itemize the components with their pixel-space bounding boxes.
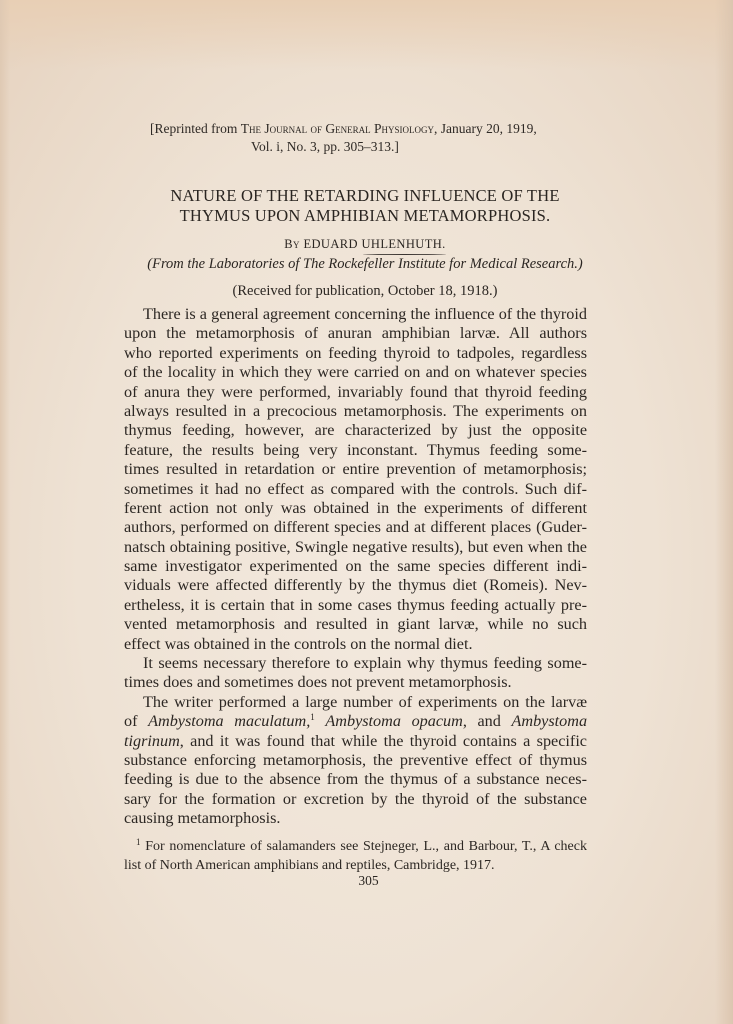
scanned-page: [Reprinted from The Journal of General P… (0, 0, 733, 1024)
reprint-line-2: Vol. i, No. 3, pp. 305–313.] (150, 138, 590, 156)
page-number: 305 (0, 873, 733, 889)
reprint-line-1: [Reprinted from The Journal of General P… (150, 120, 590, 138)
footnote: 1 For nomenclature of salamanders see St… (124, 837, 587, 875)
body-line: times resulted in retardation or entire … (124, 460, 587, 479)
author-first-name: EDUARD (303, 237, 357, 251)
body-line: The writer performed a large number of e… (124, 693, 587, 712)
body-line: upon the metamorphosis of anuran amphibi… (124, 324, 587, 343)
handwritten-underline (363, 253, 445, 255)
received-date: (Received for publication, October 18, 1… (120, 283, 610, 300)
body-line: sary for the formation or excretion by t… (124, 790, 587, 809)
body-line: viduals were affected differently by the… (124, 576, 587, 595)
body-line: natsch obtaining positive, Swingle negat… (124, 538, 587, 557)
body-line: feeding is due to the absence from the t… (124, 770, 587, 789)
body-line: who reported experiments on feeding thyr… (124, 344, 587, 363)
body-line: ertheless, it is certain that in some ca… (124, 596, 587, 615)
article-title: NATURE OF THE RETARDING INFLUENCE OF THE… (120, 186, 610, 226)
body-line: always resulted in a precocious metamorp… (124, 402, 587, 421)
body-line: of anura they were performed, invariably… (124, 383, 587, 402)
body-line-species: of Ambystoma maculatum,1 Ambystoma opacu… (124, 712, 587, 731)
body-line: thymus feeding, however, are characteriz… (124, 421, 587, 440)
title-line-1: NATURE OF THE RETARDING INFLUENCE OF THE (120, 186, 610, 206)
body-line: feature, the results being very inconsta… (124, 441, 587, 460)
species-name: tigrinum (124, 732, 180, 750)
body-line: substance enforcing metamorphosis, the p… (124, 751, 587, 770)
body-text: There is a general agreement concerning … (124, 305, 587, 829)
reprint-note: [Reprinted from The Journal of General P… (150, 120, 590, 156)
affiliation: (From the Laboratories of The Rockefelle… (120, 256, 610, 273)
body-line: There is a general agreement concerning … (124, 305, 587, 324)
title-line-2: THYMUS UPON AMPHIBIAN METAMORPHOSIS. (120, 206, 610, 226)
byline-prefix: By (284, 237, 300, 251)
species-name: Ambystoma (512, 712, 588, 730)
footnote-ref: 1 (310, 712, 315, 722)
page-edge-shadow (0, 0, 10, 1024)
body-line: causing metamorphosis. (124, 809, 587, 828)
footnote-line-1: 1 For nomenclature of salamanders see St… (124, 837, 587, 856)
species-name: Ambystoma maculatum, (148, 712, 310, 730)
body-line: vented metamorphosis and resulted in gia… (124, 615, 587, 634)
body-line: same investigator experimented on the sa… (124, 557, 587, 576)
species-name: Ambystoma opacum (325, 712, 462, 730)
body-line: authors, performed on different species … (124, 518, 587, 537)
body-line-species-2: tigrinum, and it was found that while th… (124, 732, 587, 751)
byline: By EDUARD UHLENHUTH. (120, 237, 610, 252)
body-line: sometimes it had no effect as compared w… (124, 480, 587, 499)
body-line: effect was obtained in the controls on t… (124, 635, 587, 654)
journal-name: The Journal of General Physiology (241, 121, 434, 136)
body-line: ferent action not only was obtained in t… (124, 499, 587, 518)
body-line: It seems necessary therefore to explain … (124, 654, 587, 673)
body-line: of the locality in which they were carri… (124, 363, 587, 382)
body-line: times does and sometimes does not preven… (124, 673, 587, 692)
author-last-name: UHLENHUTH. (361, 237, 445, 251)
